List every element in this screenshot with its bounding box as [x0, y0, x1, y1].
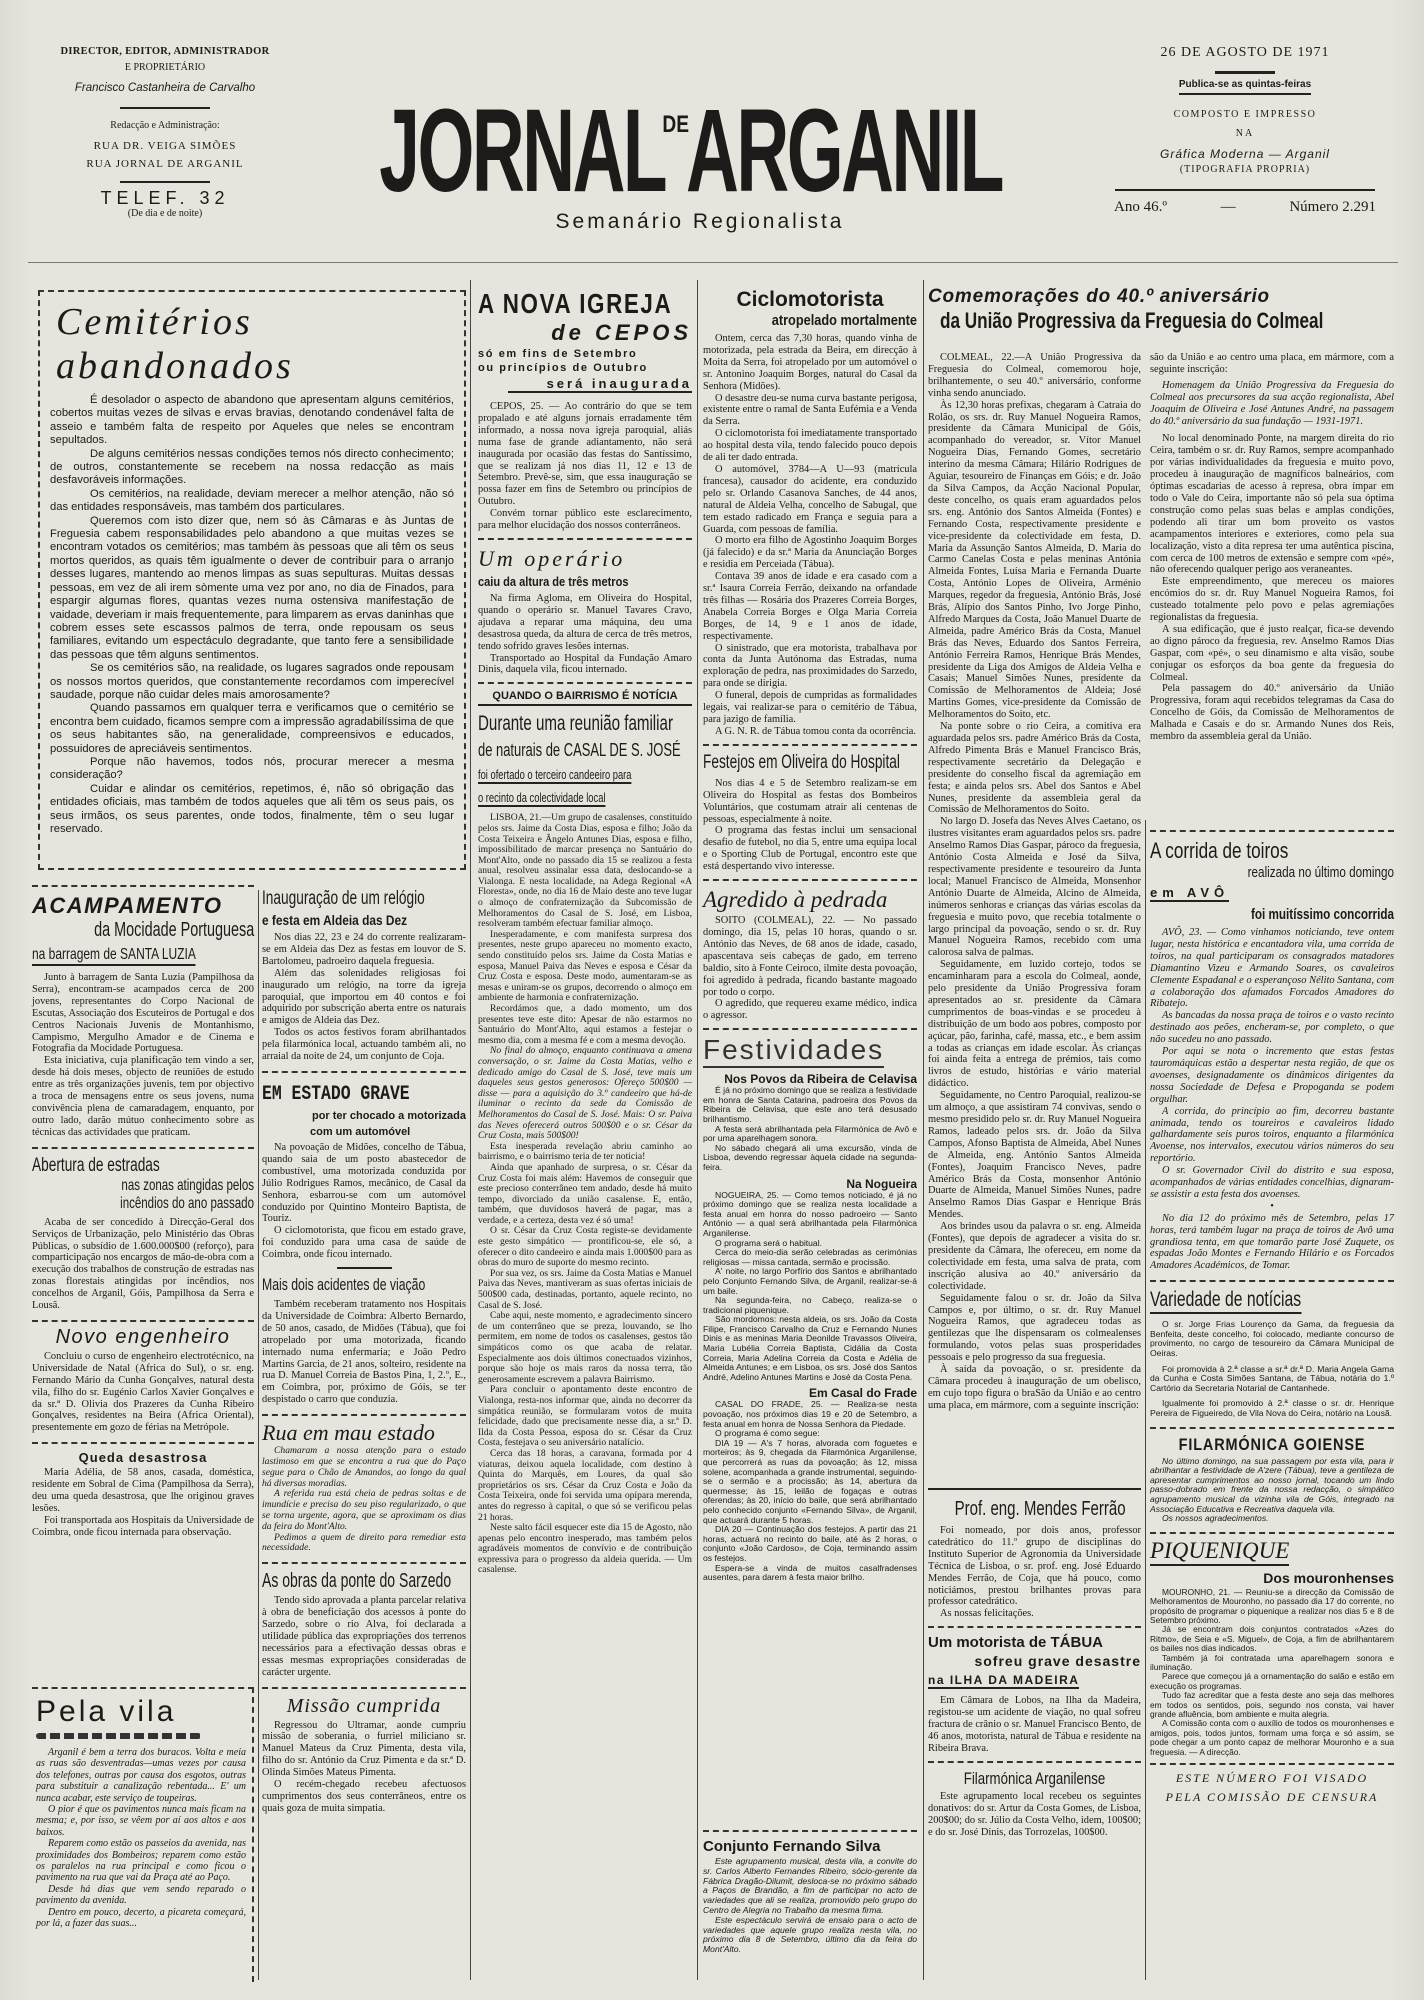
headline: Ciclomotorista [703, 288, 917, 312]
divider [337, 1267, 392, 1269]
censorship-notice: ESTE NÚMERO FOI VISADO [1150, 1771, 1394, 1786]
headline: PIQUENIQUE [1150, 1538, 1289, 1566]
headline: Comemorações do 40.º aniversário [928, 286, 1394, 308]
divider [262, 1414, 466, 1416]
headline: Um motorista de TÁBUA [928, 1634, 1141, 1651]
newspaper-subtitle: Semanário Regionalista [340, 210, 1060, 234]
divider [703, 879, 917, 881]
director-name: Francisco Castanheira de Carvalho [30, 81, 300, 95]
headline: Cemitérios abandonados [56, 300, 454, 388]
column-rule [923, 280, 924, 1980]
headline: ACAMPAMENTO [32, 893, 254, 919]
headline: Abertura de estradas [32, 1155, 192, 1177]
headline-2: de CEPOS [478, 320, 692, 346]
publication-day: Publica-se as quintas-feiras [1179, 79, 1311, 95]
divider [703, 744, 917, 746]
column-rule [258, 890, 259, 1980]
divider [262, 1562, 466, 1564]
divider [1150, 1763, 1394, 1765]
article-ciclomotorista: Ciclomotorista atropelado mortalmente On… [703, 288, 917, 1588]
headline-2: da União Progressiva da Freguesia do Col… [940, 308, 1294, 334]
address-line-1: RUA DR. VEIGA SIMÕES [30, 139, 300, 153]
article-conjunto-fernando-silva: Conjunto Fernando Silva Este agrupamento… [703, 1830, 917, 1955]
headline: FILARMÓNICA GOIENSE [1168, 1435, 1375, 1455]
headline: Conjunto Fernando Silva [703, 1838, 917, 1855]
masthead-bottom-rule [28, 262, 1398, 263]
headline: Durante uma reunião familiar [478, 712, 632, 736]
divider [120, 181, 210, 183]
director-line-1: DIRECTOR, EDITOR, ADMINISTRADOR [30, 45, 300, 59]
divider [32, 1147, 254, 1149]
divider [1215, 71, 1275, 74]
divider [262, 1071, 466, 1073]
headline: Um operário [478, 546, 692, 572]
issue-date: 26 DE AGOSTO DE 1971 [1100, 45, 1390, 61]
newspaper-page: { "masthead": { "director_line1": "DIREC… [0, 0, 1424, 2000]
colmeal-column-2: são da União e ao centro uma placa, em m… [1150, 352, 1394, 743]
divider [1150, 1280, 1394, 1282]
divider [32, 1320, 254, 1322]
headline: Mais dois acidentes de viação [262, 1275, 409, 1295]
headline: Rua em mau estado [262, 1420, 466, 1446]
headline: EM ESTADO GRAVE [262, 1083, 429, 1106]
article-body: SOITO (COLMEAL), 22. — No passado doming… [703, 915, 917, 1022]
divider [1150, 830, 1394, 832]
printer-line-1: COMPOSTO E IMPRESSO [1100, 109, 1390, 120]
masthead-right-block: 26 DE AGOSTO DE 1971 Publica-se as quint… [1100, 45, 1390, 216]
divider [1150, 1532, 1394, 1534]
divider [928, 1488, 1141, 1490]
column-rule [1145, 820, 1146, 1980]
headline: A NOVA IGREJA [478, 288, 649, 320]
divider [1115, 189, 1375, 191]
headline: A corrida de toiros [1150, 838, 1340, 864]
address-label: Redacção e Administração: [30, 119, 300, 133]
article-relogio: Inauguração de um relógio e festa em Ald… [262, 888, 466, 1815]
headline: Festejos em Oliveira do Hospital [703, 752, 857, 774]
phone-note: (De dia e de noite) [30, 207, 300, 221]
headline: Pela vila [36, 1695, 246, 1729]
divider [32, 885, 254, 887]
article-body: É desolador o aspecto de abandono que ap… [50, 394, 454, 836]
divider [1150, 1427, 1394, 1429]
article-colmeal: Comemorações do 40.º aniversário da Uniã… [928, 286, 1394, 334]
year-number: Ano 46.º [1114, 199, 1167, 216]
title-arganil: ARGANIL [686, 92, 1002, 210]
divider [478, 682, 692, 684]
headline: Novo engenheiro [32, 1326, 254, 1349]
issue-number: Número 2.291 [1289, 199, 1376, 216]
article-nova-igreja: A NOVA IGREJA de CEPOS só em fins de Set… [478, 288, 692, 1713]
article-body: CEPOS, 25. — Ao contrário do que se tem … [478, 401, 692, 532]
divider [928, 1626, 1141, 1628]
article-corrida-toiros: A corrida de toiros realizada no último … [1150, 830, 1394, 1805]
director-line-2: E PROPRIETÁRIO [30, 61, 300, 75]
article-body: Na firma Agloma, em Oliveira do Hospital… [478, 593, 692, 676]
headline: Missão cumprida [262, 1695, 466, 1718]
headline: As obras da ponte do Sarzedo [262, 1570, 405, 1593]
divider [262, 1687, 466, 1689]
printer-line-2: NA [1100, 128, 1390, 139]
printer-line-4: (TIPOGRAFIA PROPRIA) [1100, 164, 1390, 175]
censorship-notice-2: PELA COMISSÃO DE CENSURA [1150, 1790, 1394, 1805]
colmeal-column-1: COLMEAL, 22.—A União Progressiva da Freg… [928, 352, 1141, 1487]
article-body: Nos dias 4 e 5 de Setembro realizam-se e… [703, 778, 917, 873]
divider [478, 538, 692, 540]
divider [928, 1761, 1141, 1763]
article-pela-vila: Pela vila Arganil é bem a terra dos bura… [32, 1687, 254, 1982]
masthead-left-block: DIRECTOR, EDITOR, ADMINISTRADOR E PROPRI… [30, 45, 300, 221]
headline: Variedade de notícias [1150, 1288, 1301, 1314]
divider [32, 1442, 254, 1444]
article-acampamento: ACAMPAMENTO da Mocidade Portuguesa na ba… [32, 885, 254, 1539]
headline: Prof. eng. Mendes Ferrão [955, 1498, 1115, 1521]
ornament [36, 1733, 201, 1739]
title-jornal: JORNAL [379, 92, 665, 210]
article-mendes-ferrao: Prof. eng. Mendes Ferrão Foi nomeado, po… [928, 1488, 1141, 1838]
printer-line-3: Gráfica Moderna — Arganil [1100, 147, 1390, 161]
column-rule [697, 280, 698, 1980]
headline: Festividades [703, 1034, 884, 1068]
divider [703, 1830, 917, 1832]
address-line-2: RUA JORNAL DE ARGANIL [30, 157, 300, 171]
headline: Queda desastrosa [32, 1450, 254, 1465]
article-body: Ontem, cerca das 7,30 horas, quando vinh… [703, 333, 917, 738]
festividades-body: Nos Povos da Ribeira de Celavisa É já no… [703, 1068, 917, 1588]
phone-number: TELEF. 32 [30, 191, 300, 205]
article-cemiterios: Cemitérios abandonados É desolador o asp… [38, 290, 466, 870]
headline: Filarmónica Arganilense [951, 1769, 1117, 1789]
headline: Agredido à pedrada [703, 887, 917, 913]
headline: Inauguração de um relógio [262, 888, 409, 910]
column-rule [470, 280, 471, 1980]
newspaper-title: JORNAL DE ARGANIL Semanário Regionalista [340, 40, 1060, 235]
divider [120, 107, 210, 109]
divider [703, 1028, 917, 1030]
article-body: LISBOA, 21.—Um grupo de casalenses, cons… [478, 813, 692, 1713]
